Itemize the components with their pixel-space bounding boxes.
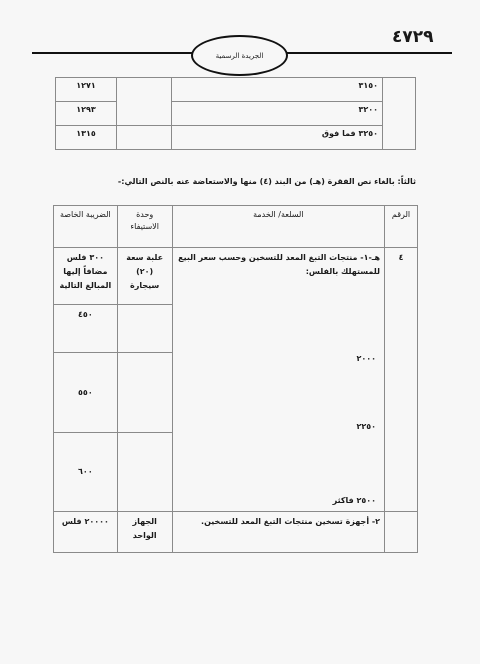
tax-cell: ٦٠٠: [54, 433, 118, 512]
number-cell: [383, 78, 416, 150]
price-tier: ٢٥٠٠ فاكثر: [333, 494, 376, 508]
tax-cell: ٣٠٠ فلس مضافاً إليها المبالغ التالية: [54, 248, 118, 305]
unit-cell: [117, 433, 172, 512]
header-number: الرقم: [385, 206, 418, 248]
price-tier: ٢٢٥٠: [357, 420, 377, 434]
item-title: هـ-١- منتجات التبغ المعد للتسخين وحسب سع…: [177, 251, 380, 279]
unit-cell: [117, 305, 172, 353]
unit-cell: علبة سعة (٢٠) سيجارة: [117, 248, 172, 305]
number-cell: [385, 512, 418, 553]
gazette-title-oval: الجريدة الرسمية: [191, 35, 288, 76]
item-cell: ٣٢٥٠ فما فوق: [172, 126, 383, 150]
tax-cell: ٥٥٠: [54, 353, 118, 433]
unit-cell: الجهاز الواحد: [117, 512, 172, 553]
table-row: ٣١٥٠ ١٢٧١: [56, 78, 416, 102]
unit-cell: [117, 126, 172, 150]
header-unit: وحدة الاستيفاء: [117, 206, 172, 248]
section-heading: ثالثاً: بالغاء نص الفقرة (هـ) من البند (…: [118, 177, 416, 186]
tax-cell: ١٢٧١: [56, 78, 117, 102]
table-row: ٤ هـ-١- منتجات التبغ المعد للتسخين وحسب …: [54, 248, 418, 305]
item-cell: ٢- أجهزة تسخين منتجات التبغ المعد للتسخي…: [172, 512, 384, 553]
tax-cell: ١٣١٥: [56, 126, 117, 150]
item-cell: ٣٢٠٠: [172, 102, 383, 126]
item-cell: هـ-١- منتجات التبغ المعد للتسخين وحسب سع…: [172, 248, 384, 512]
gazette-title: الجريدة الرسمية: [216, 52, 264, 60]
header-item: السلعة/ الخدمة: [172, 206, 384, 248]
heated-tobacco-tariff-table: الرقم السلعة/ الخدمة وحدة الاستيفاء الضر…: [53, 205, 418, 553]
unit-cell: [117, 78, 172, 126]
tax-cell: ١٢٩٣: [56, 102, 117, 126]
table-row: ٣٢٥٠ فما فوق ١٣١٥: [56, 126, 416, 150]
tax-cell: ٢٠٠٠٠ فلس: [54, 512, 118, 553]
tax-cell: ٤٥٠: [54, 305, 118, 353]
table-row: ٣٢٠٠ ١٢٩٣: [56, 102, 416, 126]
header-row: الرقم السلعة/ الخدمة وحدة الاستيفاء الضر…: [54, 206, 418, 248]
table-row: ٢- أجهزة تسخين منتجات التبغ المعد للتسخي…: [54, 512, 418, 553]
item-cell: ٣١٥٠: [172, 78, 383, 102]
unit-cell: [117, 353, 172, 433]
header-tax: الضريبة الخاصة: [54, 206, 118, 248]
continued-tariff-table: ٣١٥٠ ١٢٧١ ٣٢٠٠ ١٢٩٣ ٣٢٥٠ فما فوق ١٣١٥: [55, 77, 416, 150]
number-cell: ٤: [385, 248, 418, 512]
page-number: ٤٧٢٩: [392, 27, 434, 47]
price-tier: ٢٠٠٠: [357, 352, 377, 366]
